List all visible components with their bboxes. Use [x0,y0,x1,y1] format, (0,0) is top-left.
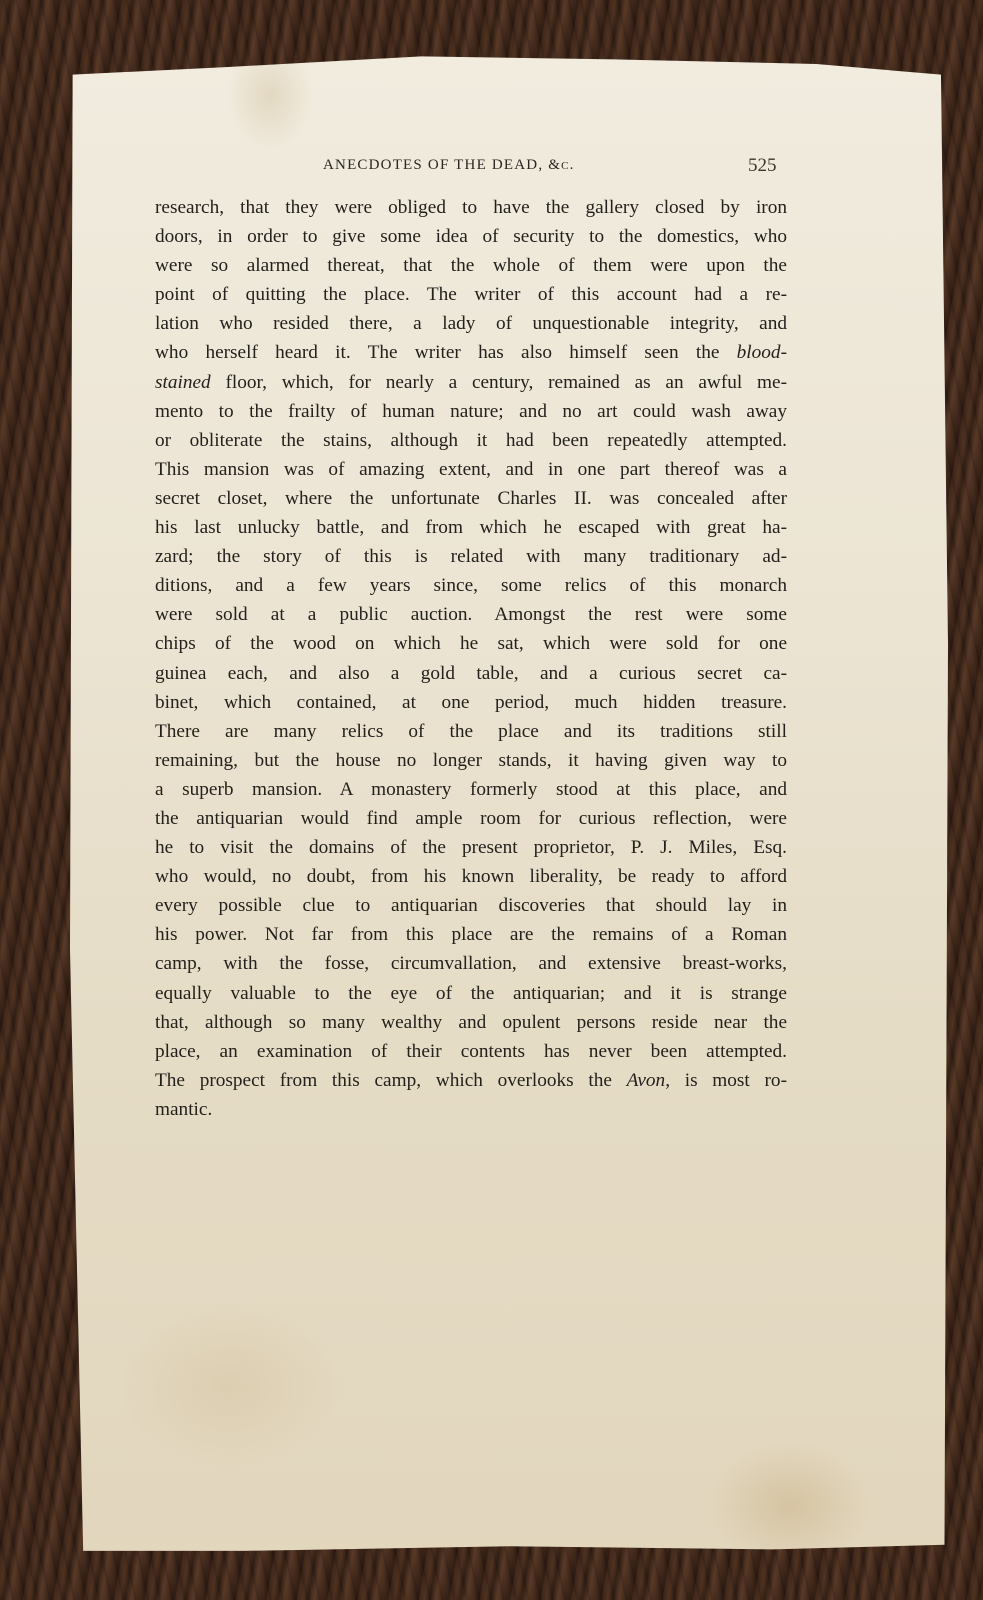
text-line: who would, no doubt, from his known libe… [155,862,787,891]
text-line: The prospect from this camp, which overl… [155,1066,787,1095]
text-line: research, that they were obliged to have… [155,193,787,222]
running-head: ANECDOTES OF THE DEAD, &c. 525 [70,157,948,181]
text-line: equally valuable to the eye of the antiq… [155,979,787,1008]
text-line: point of quitting the place. The writer … [155,280,787,309]
text-line: binet, which contained, at one period, m… [155,688,787,717]
text-line: stained floor, which, for nearly a centu… [155,368,787,397]
page-number: 525 [748,155,777,177]
show-through-text: ​ [155,1135,787,1165]
text-line: place, an examination of their contents … [155,1037,787,1066]
text-line: This mansion was of amazing extent, and … [155,455,787,484]
text-line: camp, with the fosse, circumvallation, a… [155,949,787,978]
text-line: guinea each, and also a gold table, and … [155,659,787,688]
text-segment: The prospect from this camp, which overl… [155,1070,627,1091]
text-line: that, although so many wealthy and opule… [155,1008,787,1037]
body-text: research, that they were obliged to have… [155,193,787,1124]
text-line: lation who resided there, a lady of unqu… [155,309,787,338]
text-line: chips of the wood on which he sat, which… [155,629,787,658]
text-line: were so alarmed thereat, that the whole … [155,251,787,280]
text-line: his power. Not far from this place are t… [155,920,787,949]
text-line: every possible clue to antiquarian disco… [155,891,787,920]
text-line: were sold at a public auction. Amongst t… [155,600,787,629]
text-line: There are many relics of the place and i… [155,717,787,746]
text-segment: , is most ro- [665,1070,787,1091]
text-line: he to visit the domains of the present p… [155,833,787,862]
text-line: a superb mansion. A monastery formerly s… [155,775,787,804]
italic-text: blood- [737,342,787,363]
text-line: or obliterate the stains, although it ha… [155,426,787,455]
text-line: secret closet, where the unfortunate Cha… [155,484,787,513]
text-line: doors, in order to give some idea of sec… [155,222,787,251]
text-line: zard; the story of this is related with … [155,542,787,571]
italic-text: stained [155,372,211,393]
text-segment: floor, which, for nearly a century, rema… [211,372,787,393]
text-line: the antiquarian would find ample room fo… [155,804,787,833]
book-page: ANECDOTES OF THE DEAD, &c. 525 research,… [70,35,948,1560]
text-line: mento to the frailty of human nature; an… [155,397,787,426]
text-line: remaining, but the house no longer stand… [155,746,787,775]
text-line: ditions, and a few years since, some rel… [155,571,787,600]
text-line: mantic. [155,1095,787,1124]
text-segment: who herself heard it. The writer has als… [155,342,737,363]
text-line: who herself heard it. The writer has als… [155,338,787,367]
italic-text: Avon [627,1070,666,1091]
running-title: ANECDOTES OF THE DEAD, &c. [323,157,575,174]
text-line: his last unlucky battle, and from which … [155,513,787,542]
